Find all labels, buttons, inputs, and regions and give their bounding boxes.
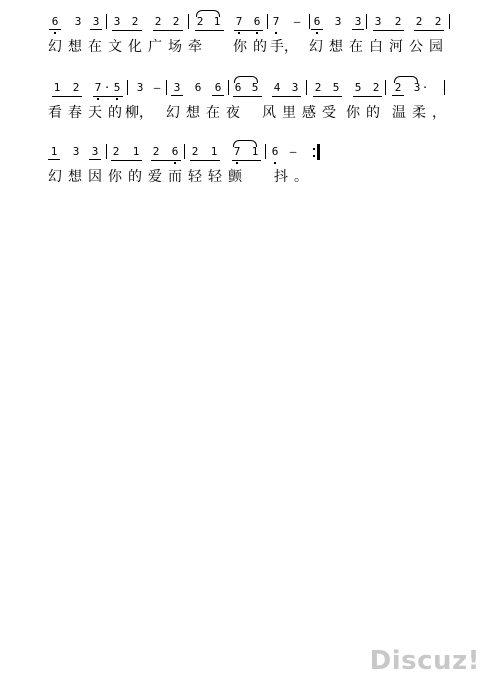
lyrics-row: 幻想因你的爱而轻轻颤抖。 [45, 169, 311, 185]
note: 2 [371, 82, 381, 94]
lyric: 的 [363, 105, 383, 121]
beam [195, 30, 224, 31]
lyric: 感 [299, 105, 319, 121]
beam [232, 160, 261, 161]
lyric: 白 [366, 39, 386, 55]
notes-row: 1 3 3 2 1 2 6 2 1 7 1 6 — [0, 142, 490, 166]
note: 6 [252, 16, 262, 28]
lyric: 幻 [163, 105, 183, 121]
lyric: 想 [65, 39, 85, 55]
note: 1 [250, 146, 260, 158]
notes-row: 1 2 7 · 5 3 — 3 6 6 6 5 4 3 2 5 5 2 2 3 … [0, 78, 490, 102]
note: 3 [71, 146, 81, 158]
lyric: 想 [65, 169, 85, 185]
lyric: 化 [125, 39, 145, 55]
discuz-watermark: Discuz! [370, 646, 480, 676]
note: 2 [393, 82, 403, 94]
note: 2 [130, 16, 140, 28]
barline [228, 80, 229, 95]
lyric: 夜 [223, 105, 243, 121]
lyric: 想 [183, 105, 203, 121]
barline [267, 14, 268, 29]
lyric: 广 [145, 39, 165, 55]
beam [153, 30, 183, 31]
lyric: 手， [270, 39, 306, 55]
lyric: 柔 [409, 105, 429, 121]
lyric: 柳， [125, 105, 163, 121]
note: 3 [135, 82, 145, 94]
beam [233, 96, 262, 97]
lyric: 温 [389, 105, 409, 121]
barline [309, 14, 310, 29]
note: 6 [270, 146, 280, 158]
lyric: 场 [165, 39, 185, 55]
repeat-dots [313, 148, 315, 157]
lyrics-row: 幻想在文化广场牵你的手，幻想在白河公园 [45, 39, 446, 55]
lyric: 而 [165, 169, 185, 185]
note: 3 [172, 82, 182, 94]
note: 1 [131, 146, 141, 158]
note: 2 [190, 146, 200, 158]
note: 3 [333, 16, 343, 28]
note: 5 [353, 82, 363, 94]
lyric: 文 [105, 39, 125, 55]
note: 5 [112, 82, 122, 94]
barline [188, 14, 189, 29]
note: 3 [90, 146, 100, 158]
note: 1 [52, 82, 62, 94]
note: 3 [290, 82, 300, 94]
lyric: 因 [85, 169, 105, 185]
lyric: 爱 [145, 169, 165, 185]
note: 2 [71, 82, 81, 94]
note: 3 [112, 16, 122, 28]
lyric: ， [429, 105, 449, 121]
beam [272, 96, 301, 97]
note: 1 [212, 16, 222, 28]
note: 2 [414, 16, 424, 28]
lyric: 你 [343, 105, 363, 121]
lyric: 轻 [185, 169, 205, 185]
barline [385, 80, 386, 95]
note: 2 [393, 16, 403, 28]
barline [106, 144, 107, 159]
lyric: 的 [250, 39, 270, 55]
barline [366, 14, 367, 29]
beam [93, 96, 123, 97]
note: 1 [209, 146, 219, 158]
lyric: 幻 [306, 39, 326, 55]
end-repeat-barline [317, 144, 320, 160]
note: 2 [153, 16, 163, 28]
note: 6 [312, 16, 322, 28]
lyric: 抖 [271, 169, 291, 185]
barline [265, 144, 266, 159]
dash: — [152, 82, 162, 94]
lyric: 河 [386, 39, 406, 55]
beam [111, 160, 142, 161]
lyric: 在 [203, 105, 223, 121]
note: 3 [353, 16, 363, 28]
note: 7 [234, 16, 244, 28]
lyric: 春 [65, 105, 85, 121]
barline [449, 14, 450, 29]
lyric: 天 [85, 105, 105, 121]
beam [52, 96, 82, 97]
note: 2 [151, 146, 161, 158]
lyric: 在 [85, 39, 105, 55]
lyric: 你 [105, 169, 125, 185]
barline [166, 80, 167, 95]
lyric: 受 [319, 105, 339, 121]
notes-row: 6 3 3 3 2 2 2 2 1 7 6 7 — 6 3 3 3 2 2 2 [0, 12, 490, 36]
note: 6 [170, 146, 180, 158]
note: 2 [313, 82, 323, 94]
lyric: 看 [45, 105, 65, 121]
note: 3 [91, 16, 101, 28]
note: 6 [50, 16, 60, 28]
lyric: 轻 [205, 169, 225, 185]
note: 2 [171, 16, 181, 28]
beam [151, 160, 181, 161]
beam [313, 96, 342, 97]
beam [190, 160, 220, 161]
note: 2 [195, 16, 205, 28]
dot-aug: · [102, 82, 112, 94]
lyric: 。 [291, 169, 311, 185]
lyric: 园 [426, 39, 446, 55]
beam [112, 30, 142, 31]
barline [184, 144, 185, 159]
lyric: 颤 [225, 169, 245, 185]
barline [444, 80, 445, 95]
lyric: 幻 [45, 169, 65, 185]
lyric: 里 [279, 105, 299, 121]
lyric: 公 [406, 39, 426, 55]
note: 6 [213, 82, 223, 94]
note: 6 [193, 82, 203, 94]
note: 1 [49, 146, 59, 158]
note: 7 [232, 146, 242, 158]
lyric: 想 [326, 39, 346, 55]
lyric: 的 [125, 169, 145, 185]
dot-aug: · [420, 82, 430, 94]
lyric: 你 [230, 39, 250, 55]
lyric: 在 [346, 39, 366, 55]
note: 2 [433, 16, 443, 28]
dash: — [288, 146, 298, 158]
beam [414, 30, 444, 31]
beam [353, 96, 382, 97]
beam [373, 30, 404, 31]
barline [127, 80, 128, 95]
lyric: 的 [105, 105, 125, 121]
barline [106, 14, 107, 29]
beam [234, 30, 263, 31]
note: 3 [373, 16, 383, 28]
note: 4 [272, 82, 282, 94]
note: 3 [73, 16, 83, 28]
note: 7 [271, 16, 281, 28]
note: 6 [233, 82, 243, 94]
lyric: 幻 [45, 39, 65, 55]
lyric: 风 [259, 105, 279, 121]
note: 5 [250, 82, 260, 94]
barline [306, 80, 307, 95]
lyric: 牵 [185, 39, 205, 55]
lyrics-row: 看春天的柳，幻想在夜风里感受你的温柔， [45, 105, 449, 121]
note: 2 [111, 146, 121, 158]
dash: — [292, 16, 302, 28]
note: 5 [331, 82, 341, 94]
